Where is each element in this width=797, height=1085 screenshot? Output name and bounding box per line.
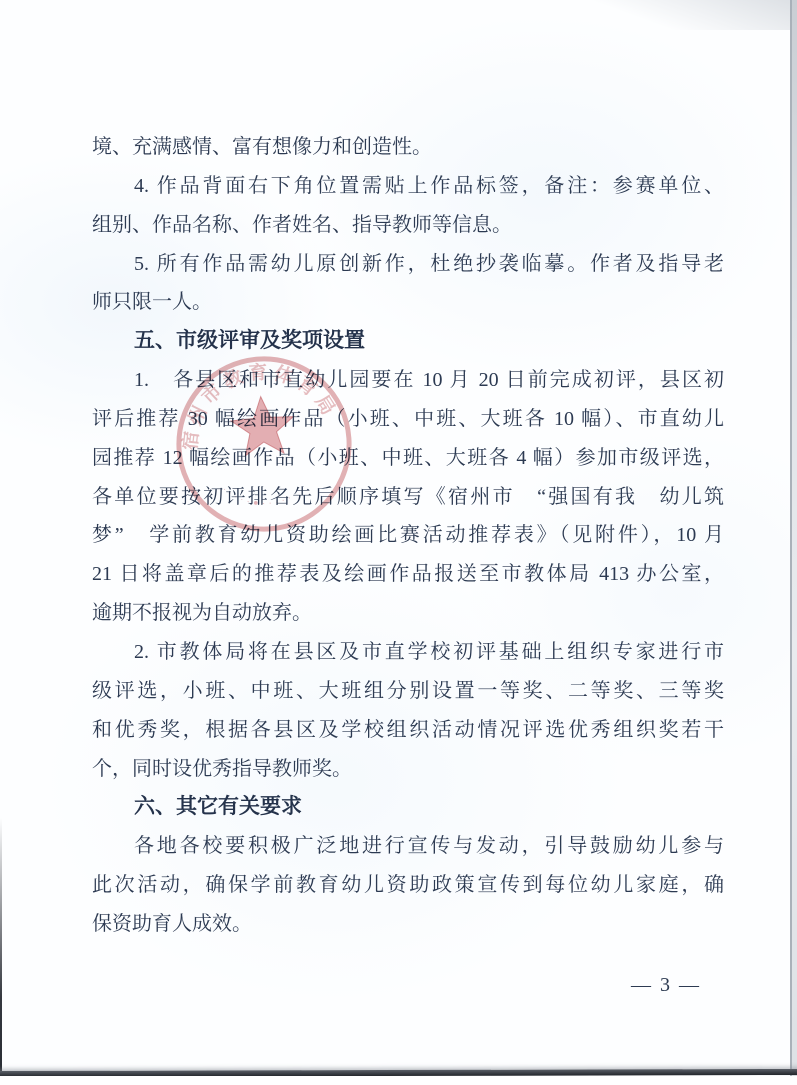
text-line: 境、充满感情、富有想像力和创造性。 xyxy=(92,128,724,167)
text-line: 师只限一人。 xyxy=(92,283,724,322)
scan-bottom-left-edge-line xyxy=(0,818,2,1074)
text-line: 此次活动，确保学前教育幼儿资助政策宣传到每位幼儿家庭，确 xyxy=(92,866,724,905)
text-line: 各单位要按初评排名先后顺序填写《宿州市 “强国有我 幼儿筑 xyxy=(92,478,724,517)
text-line: 保资助育人成效。 xyxy=(92,905,724,944)
text-line: 1. 各县区和市直幼儿园要在 10 月 20 日前完成初评，县区初 xyxy=(92,361,724,400)
section-heading: 六、其它有关要求 xyxy=(92,788,724,827)
section-heading: 五、市级评审及奖项设置 xyxy=(92,322,724,361)
scanned-document-page: 境、充满感情、富有想像力和创造性。4. 作品背面右下角位置需贴上作品标签，备注：… xyxy=(0,0,797,1085)
text-line: 5. 所有作品需幼儿原创新作，杜绝抄袭临摹。作者及指导老 xyxy=(92,245,724,284)
text-line: 个，同时设优秀指导教师奖。 xyxy=(92,750,724,789)
text-line: 梦” 学前教育幼儿资助绘画比赛活动推荐表》（见附件），10 月 xyxy=(92,516,724,555)
text-line: 2. 市教体局将在县区及市直学校初评基础上组织专家进行市 xyxy=(92,633,724,672)
text-line: 园推荐 12 幅绘画作品（小班、中班、大班各 4 幅）参加市级评选， xyxy=(92,439,724,478)
text-line: 和优秀奖，根据各县区及学校组织活动情况评选优秀组织奖若干 xyxy=(92,711,724,750)
scan-right-edge-line xyxy=(790,0,792,1085)
document-body: 境、充满感情、富有想像力和创造性。4. 作品背面右下角位置需贴上作品标签，备注：… xyxy=(92,128,724,944)
text-line: 21 日将盖章后的推荐表及绘画作品报送至市教体局 413 办公室， xyxy=(92,555,724,594)
text-line: 4. 作品背面右下角位置需贴上作品标签，备注：参赛单位、 xyxy=(92,167,724,206)
scan-bottom-margin xyxy=(0,1076,797,1085)
scan-top-right-shadow xyxy=(562,0,792,30)
text-line: 级评选，小班、中班、大班组分别设置一等奖、二等奖、三等奖 xyxy=(92,672,724,711)
text-line: 逾期不报视为自动放弃。 xyxy=(92,594,724,633)
scan-right-edge-strip xyxy=(792,0,797,1085)
text-line: 组别、作品名称、作者姓名、指导教师等信息。 xyxy=(92,206,724,245)
text-line: 评后推荐 30 幅绘画作品（小班、中班、大班各 10 幅）、市直幼儿 xyxy=(92,400,724,439)
page-number: — 3 — xyxy=(612,974,720,997)
text-line: 各地各校要积极广泛地进行宣传与发动，引导鼓励幼儿参与 xyxy=(92,827,724,866)
